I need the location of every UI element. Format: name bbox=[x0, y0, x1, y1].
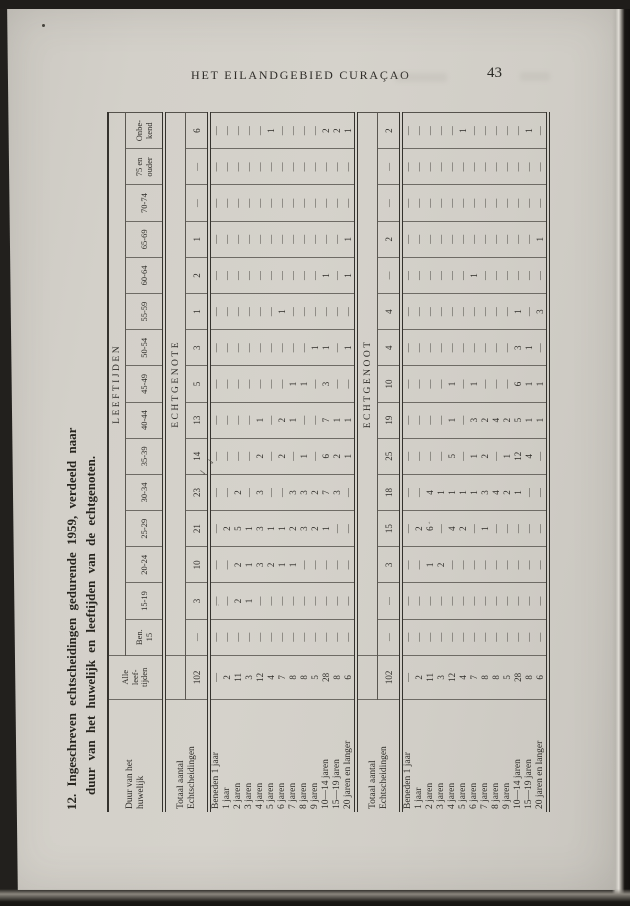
table-cell: — bbox=[222, 113, 233, 149]
table-cell: — bbox=[266, 221, 277, 257]
table-cell: 11 bbox=[233, 655, 244, 699]
table-cell: — bbox=[535, 438, 548, 474]
total-cell: — bbox=[378, 149, 402, 185]
table-cell: 2 bbox=[233, 583, 244, 619]
table-cell: 2 bbox=[288, 511, 299, 547]
table-cell: 3 bbox=[255, 547, 266, 583]
table-cell: — bbox=[502, 113, 513, 149]
table-cell: — bbox=[447, 221, 458, 257]
table-cell: 2 bbox=[222, 511, 233, 547]
table-cell: — bbox=[222, 185, 233, 221]
table-cell: 1 bbox=[244, 547, 255, 583]
table-cell: — bbox=[436, 221, 447, 257]
table-cell: — bbox=[414, 257, 425, 293]
pen-mark: ✓ bbox=[206, 457, 217, 465]
table-cell: — bbox=[277, 330, 288, 366]
table-cell: — bbox=[255, 619, 266, 655]
total-cell: 4 bbox=[378, 330, 402, 366]
table-cell: — bbox=[266, 619, 277, 655]
table-cell: 1 bbox=[321, 257, 332, 293]
table-cell: 4 bbox=[447, 511, 458, 547]
table-cell: — bbox=[222, 402, 233, 438]
table-cell: — bbox=[244, 619, 255, 655]
table-cell: — bbox=[310, 583, 321, 619]
table-cell: — bbox=[222, 330, 233, 366]
table-cell: — bbox=[524, 511, 535, 547]
table-cell: — bbox=[244, 185, 255, 221]
table-cell: 5 bbox=[513, 402, 524, 438]
table-cell: 1 bbox=[469, 474, 480, 510]
empty-cell bbox=[164, 655, 186, 699]
table-cell: 2 bbox=[255, 438, 266, 474]
empty-cell bbox=[356, 655, 378, 699]
total-row-label: Totaal aantal Echtscheidingen bbox=[164, 699, 209, 812]
table-cell: — bbox=[447, 330, 458, 366]
table-cell: 1 bbox=[447, 402, 458, 438]
table-cell: — bbox=[332, 619, 343, 655]
table-cell: — bbox=[310, 113, 321, 149]
table-cell: — bbox=[414, 366, 425, 402]
table-cell: 3 bbox=[480, 474, 491, 510]
table-cell: 1 bbox=[244, 583, 255, 619]
section-echtgenote: Totaal aantal EchtscheidingenECHTGENOTE1… bbox=[164, 113, 356, 813]
table-cell: 12 bbox=[513, 438, 524, 474]
table-cell: 1 bbox=[436, 474, 447, 510]
table-cell: — bbox=[458, 583, 469, 619]
table-cell: — bbox=[233, 619, 244, 655]
table-cell: — bbox=[209, 655, 222, 699]
table-cell: — bbox=[343, 294, 356, 330]
table-cell: — bbox=[414, 547, 425, 583]
total-cell: 13 bbox=[186, 402, 210, 438]
table-cell: — bbox=[524, 257, 535, 293]
table-cell: 1 bbox=[480, 511, 491, 547]
table-cell: 3 bbox=[288, 474, 299, 510]
table-cell: 28 bbox=[513, 655, 524, 699]
table-row: 6 jaren7————1131——1———— bbox=[469, 113, 480, 813]
table-cell: — bbox=[447, 583, 458, 619]
table-cell: 1 bbox=[535, 402, 548, 438]
table-cell: — bbox=[332, 185, 343, 221]
table-cell: — bbox=[209, 113, 222, 149]
table-cell: — bbox=[436, 294, 447, 330]
table-cell: 7 bbox=[321, 402, 332, 438]
total-cell: — bbox=[378, 257, 402, 293]
table-cell: — bbox=[458, 366, 469, 402]
table-cell: — bbox=[255, 366, 266, 402]
table-cell: — bbox=[535, 330, 548, 366]
total-cell: 19 bbox=[378, 402, 402, 438]
table-cell: — bbox=[209, 474, 222, 510]
table-cell: — bbox=[491, 113, 502, 149]
table-row: 2 jaren11——164—————————— bbox=[425, 113, 436, 813]
table-cell: 1 bbox=[458, 474, 469, 510]
row-label: 1 jaar bbox=[414, 699, 425, 812]
table-cell: — bbox=[277, 257, 288, 293]
table-cell: — bbox=[209, 257, 222, 293]
table-cell: — bbox=[535, 257, 548, 293]
table-cell: — bbox=[209, 511, 222, 547]
table-title-line-1: 12. Ingeschreven echtscheidingen geduren… bbox=[64, 428, 79, 810]
col-header-leeftijden: LEEFTIJDEN bbox=[108, 113, 126, 656]
table-cell: — bbox=[299, 221, 310, 257]
table-cell: — bbox=[244, 438, 255, 474]
table-cell: — bbox=[299, 547, 310, 583]
table-cell: — bbox=[209, 221, 222, 257]
table-cell: — bbox=[491, 294, 502, 330]
table-cell: 1 bbox=[277, 294, 288, 330]
table-cell: — bbox=[513, 221, 524, 257]
table-cell: — bbox=[502, 221, 513, 257]
pen-mark: ‸ bbox=[422, 522, 430, 524]
table-cell: 3 bbox=[299, 474, 310, 510]
table-cell: 2 bbox=[277, 402, 288, 438]
table-cell: — bbox=[233, 402, 244, 438]
table-cell: — bbox=[502, 619, 513, 655]
table-cell: — bbox=[321, 547, 332, 583]
total-cell: — bbox=[378, 185, 402, 221]
table-cell: — bbox=[513, 185, 524, 221]
table-cell: — bbox=[502, 330, 513, 366]
table-row: 4 jaren12——33321———————— bbox=[255, 113, 266, 813]
table-cell: — bbox=[401, 221, 414, 257]
table-cell: — bbox=[288, 294, 299, 330]
table-cell: — bbox=[458, 185, 469, 221]
table-cell: — bbox=[209, 185, 222, 221]
ink-bleed-smudge bbox=[395, 73, 447, 82]
table-cell: — bbox=[255, 221, 266, 257]
table-row: 20 jaren en langer6—————11—1—11——1 bbox=[343, 113, 356, 813]
table-cell: — bbox=[288, 221, 299, 257]
table-cell: 1 bbox=[447, 474, 458, 510]
table-cell: — bbox=[425, 366, 436, 402]
table-cell: — bbox=[332, 583, 343, 619]
total-cell: 15 bbox=[378, 511, 402, 547]
table-cell: — bbox=[343, 366, 356, 402]
table-cell: — bbox=[535, 511, 548, 547]
total-cell: — bbox=[186, 619, 210, 655]
table-cell: 2 bbox=[332, 113, 343, 149]
table-cell: — bbox=[233, 438, 244, 474]
total-cell: 3 bbox=[378, 547, 402, 583]
table-cell: 1 bbox=[469, 257, 480, 293]
table-cell: — bbox=[524, 547, 535, 583]
table-cell: 1 bbox=[321, 511, 332, 547]
table-cell: 1 bbox=[288, 547, 299, 583]
table-cell: — bbox=[332, 221, 343, 257]
table-cell: — bbox=[469, 547, 480, 583]
table-cell: 2 bbox=[310, 511, 321, 547]
table-cell: — bbox=[288, 330, 299, 366]
table-cell: 1 bbox=[332, 402, 343, 438]
table-cell: — bbox=[233, 294, 244, 330]
table-cell: 3 bbox=[332, 474, 343, 510]
table-cell: — bbox=[401, 438, 414, 474]
col-header-duur: Duur van het huwelijk bbox=[108, 699, 164, 812]
col-header-alle-leeftijden: Alle leef- tijden bbox=[108, 655, 164, 699]
table-cell: — bbox=[491, 366, 502, 402]
table-cell: 1 bbox=[288, 366, 299, 402]
table-cell: 3 bbox=[255, 511, 266, 547]
table-cell: 2 bbox=[414, 511, 425, 547]
section-title-echtgenote: ECHTGENOTE bbox=[164, 113, 186, 656]
table-cell: — bbox=[277, 185, 288, 221]
table-cell: — bbox=[436, 185, 447, 221]
col-header-age-5: 35-39 bbox=[126, 438, 165, 474]
table-cell: — bbox=[244, 294, 255, 330]
table-cell: — bbox=[209, 402, 222, 438]
table-cell: 4 bbox=[458, 655, 469, 699]
table-cell: 1 bbox=[255, 402, 266, 438]
table-cell: — bbox=[502, 547, 513, 583]
table-cell: 1 bbox=[299, 438, 310, 474]
table-cell: — bbox=[480, 294, 491, 330]
table-cell: — bbox=[535, 474, 548, 510]
divorce-table: Duur van het huwelijkAlle leef- tijdenLE… bbox=[107, 112, 550, 812]
col-header-age-13: 75 en ouder bbox=[126, 149, 165, 185]
table-cell: 1 bbox=[469, 438, 480, 474]
table-cell: — bbox=[436, 438, 447, 474]
table-cell: — bbox=[469, 330, 480, 366]
table-cell: 1 bbox=[299, 366, 310, 402]
table-title-line-2: duur van het huwelijk en leeftijden van … bbox=[81, 324, 100, 795]
table-cell: 1 bbox=[524, 113, 535, 149]
table-cell: — bbox=[401, 330, 414, 366]
row-label: 4 jaren bbox=[255, 699, 266, 812]
table-cell: 1 bbox=[425, 547, 436, 583]
table-cell: — bbox=[491, 330, 502, 366]
table-cell: — bbox=[502, 257, 513, 293]
table-cell: — bbox=[401, 474, 414, 510]
table-cell: — bbox=[425, 185, 436, 221]
table-cell: 2 bbox=[502, 474, 513, 510]
table-cell: — bbox=[436, 511, 447, 547]
table-cell: — bbox=[321, 583, 332, 619]
table-row: Beneden 1 jaar———————————————— bbox=[401, 113, 414, 813]
table-cell: — bbox=[222, 619, 233, 655]
table-cell: — bbox=[255, 583, 266, 619]
table-cell: — bbox=[209, 149, 222, 185]
table-cell: — bbox=[469, 583, 480, 619]
table-cell: 1 bbox=[343, 257, 356, 293]
table-cell: — bbox=[458, 257, 469, 293]
row-label: 3 jaren bbox=[436, 699, 447, 812]
table-row: 2 jaren11—2252—————————— bbox=[233, 113, 244, 813]
table-cell: 2 bbox=[332, 438, 343, 474]
table-cell: — bbox=[469, 185, 480, 221]
table-cell: — bbox=[524, 294, 535, 330]
total-cell: 102 bbox=[378, 655, 402, 699]
row-label: 8 jaren bbox=[491, 699, 502, 812]
row-label: 5 jaren bbox=[458, 699, 469, 812]
total-cell: 4 bbox=[378, 294, 402, 330]
section-title-echtgenoot: ECHTGENOOT bbox=[356, 113, 378, 656]
table-row: 15—19 jaren8—————4111—————1 bbox=[524, 113, 535, 813]
table-cell: — bbox=[436, 113, 447, 149]
table-cell: — bbox=[310, 438, 321, 474]
table-row: 6 jaren7——11—22——1————— bbox=[277, 113, 288, 813]
table-cell: — bbox=[535, 185, 548, 221]
table-cell: — bbox=[491, 547, 502, 583]
table-cell: 1 bbox=[513, 294, 524, 330]
table-cell: — bbox=[332, 149, 343, 185]
table-cell: — bbox=[447, 185, 458, 221]
total-cell: 2 bbox=[378, 113, 402, 149]
table-cell: — bbox=[513, 113, 524, 149]
rotated-content: 12. Ingeschreven echtscheidingen geduren… bbox=[62, 100, 564, 812]
table-cell: — bbox=[414, 619, 425, 655]
table-cell: — bbox=[401, 113, 414, 149]
table-cell: 1 bbox=[343, 438, 356, 474]
table-cell: — bbox=[469, 113, 480, 149]
col-header-age-12: 70-74 bbox=[126, 185, 165, 221]
table-cell: — bbox=[244, 221, 255, 257]
table-cell: — bbox=[233, 257, 244, 293]
table-row: 3 jaren3——2—1—————————— bbox=[436, 113, 447, 813]
table-cell: 1 bbox=[458, 113, 469, 149]
table-cell: — bbox=[343, 474, 356, 510]
table-cell: — bbox=[458, 330, 469, 366]
table-cell: — bbox=[299, 149, 310, 185]
table-cell: — bbox=[513, 547, 524, 583]
table-cell: — bbox=[222, 547, 233, 583]
table-cell: — bbox=[244, 149, 255, 185]
table-cell: — bbox=[233, 149, 244, 185]
row-label: 10—14 jaren bbox=[321, 699, 332, 812]
table-cell: — bbox=[458, 619, 469, 655]
table-cell: — bbox=[266, 583, 277, 619]
table-cell: — bbox=[425, 294, 436, 330]
table-cell: — bbox=[480, 366, 491, 402]
table-cell: 1 bbox=[277, 511, 288, 547]
table-cell: — bbox=[277, 221, 288, 257]
table-cell: — bbox=[502, 511, 513, 547]
table-cell: — bbox=[233, 221, 244, 257]
table-cell: — bbox=[414, 294, 425, 330]
table-cell: — bbox=[513, 149, 524, 185]
table-cell: 3 bbox=[299, 511, 310, 547]
table-cell: 12 bbox=[447, 655, 458, 699]
table-cell: — bbox=[266, 366, 277, 402]
table-cell: — bbox=[266, 149, 277, 185]
table-cell: — bbox=[425, 221, 436, 257]
page-edge-top bbox=[0, 0, 630, 9]
table-cell: 4 bbox=[425, 474, 436, 510]
table-cell: — bbox=[209, 330, 222, 366]
table-cell: 2 bbox=[233, 547, 244, 583]
table-cell: — bbox=[469, 619, 480, 655]
total-cell: — bbox=[186, 185, 210, 221]
table-cell: 1 bbox=[343, 113, 356, 149]
table-cell: — bbox=[233, 185, 244, 221]
table-cell: — bbox=[480, 257, 491, 293]
table-cell: — bbox=[288, 619, 299, 655]
table-cell: — bbox=[209, 366, 222, 402]
table-cell: — bbox=[266, 294, 277, 330]
row-label: 5 jaren bbox=[266, 699, 277, 812]
total-cell: — bbox=[186, 149, 210, 185]
table-row: 10—14 jaren28————1125631————— bbox=[513, 113, 524, 813]
table-cell: — bbox=[502, 583, 513, 619]
table-cell: — bbox=[332, 511, 343, 547]
table-cell: — bbox=[310, 294, 321, 330]
table-cell: — bbox=[310, 257, 321, 293]
total-cell: 18 bbox=[378, 474, 402, 510]
table-cell: — bbox=[233, 113, 244, 149]
table-cell: 4 bbox=[524, 438, 535, 474]
row-label: 2 jaren bbox=[233, 699, 244, 812]
table-cell: — bbox=[299, 402, 310, 438]
table-row: 1 jaar2———2——————————— bbox=[414, 113, 425, 813]
table-cell: — bbox=[222, 438, 233, 474]
table-cell: 8 bbox=[288, 655, 299, 699]
table-cell: — bbox=[469, 511, 480, 547]
table-cell: — bbox=[535, 619, 548, 655]
table-cell: — bbox=[310, 402, 321, 438]
table-cell: — bbox=[469, 149, 480, 185]
table-cell: — bbox=[255, 330, 266, 366]
table-cell: — bbox=[436, 330, 447, 366]
table-cell: 5 bbox=[310, 655, 321, 699]
table-cell: — bbox=[414, 438, 425, 474]
table-cell: 1 bbox=[343, 330, 356, 366]
table-cell: — bbox=[401, 149, 414, 185]
table-row: 9 jaren5————212———————— bbox=[502, 113, 513, 813]
table-cell: — bbox=[401, 294, 414, 330]
table-cell: — bbox=[222, 257, 233, 293]
table-cell: 1 bbox=[244, 511, 255, 547]
table-cell: — bbox=[535, 149, 548, 185]
table-cell: — bbox=[255, 294, 266, 330]
table-cell: — bbox=[310, 185, 321, 221]
table-cell: 6 bbox=[343, 655, 356, 699]
table-cell: — bbox=[343, 619, 356, 655]
table-cell: — bbox=[222, 221, 233, 257]
table-cell: — bbox=[458, 438, 469, 474]
table-cell: — bbox=[491, 257, 502, 293]
table-cell: 8 bbox=[491, 655, 502, 699]
table-cell: 2 bbox=[266, 547, 277, 583]
table-cell: 2 bbox=[480, 402, 491, 438]
table-cell: — bbox=[332, 366, 343, 402]
row-label: 7 jaren bbox=[288, 699, 299, 812]
table-cell: — bbox=[491, 619, 502, 655]
row-label: 1 jaar bbox=[222, 699, 233, 812]
table-cell: 1 bbox=[469, 366, 480, 402]
table-cell: — bbox=[447, 547, 458, 583]
table-cell: — bbox=[458, 547, 469, 583]
table-cell: — bbox=[447, 113, 458, 149]
table-cell: — bbox=[277, 366, 288, 402]
col-header-age-0: Ben. 15 bbox=[126, 619, 165, 655]
row-label: 7 jaren bbox=[480, 699, 491, 812]
table-cell: — bbox=[491, 438, 502, 474]
table-cell: — bbox=[255, 257, 266, 293]
table-row: 10—14 jaren28———176731—1———2 bbox=[321, 113, 332, 813]
table-row: 7 jaren8——123—11——————— bbox=[288, 113, 299, 813]
col-header-age-14: Onbe- kend bbox=[126, 113, 165, 149]
table-cell: — bbox=[524, 185, 535, 221]
total-cell: 5 bbox=[186, 366, 210, 402]
table-cell: — bbox=[310, 366, 321, 402]
table-cell: 1 bbox=[266, 113, 277, 149]
table-cell: — bbox=[277, 583, 288, 619]
table-cell: 2 bbox=[458, 511, 469, 547]
row-label: 10—14 jaren bbox=[513, 699, 524, 812]
table-cell: 4 bbox=[266, 655, 277, 699]
table-cell: 3 bbox=[321, 366, 332, 402]
table-cell: — bbox=[447, 149, 458, 185]
